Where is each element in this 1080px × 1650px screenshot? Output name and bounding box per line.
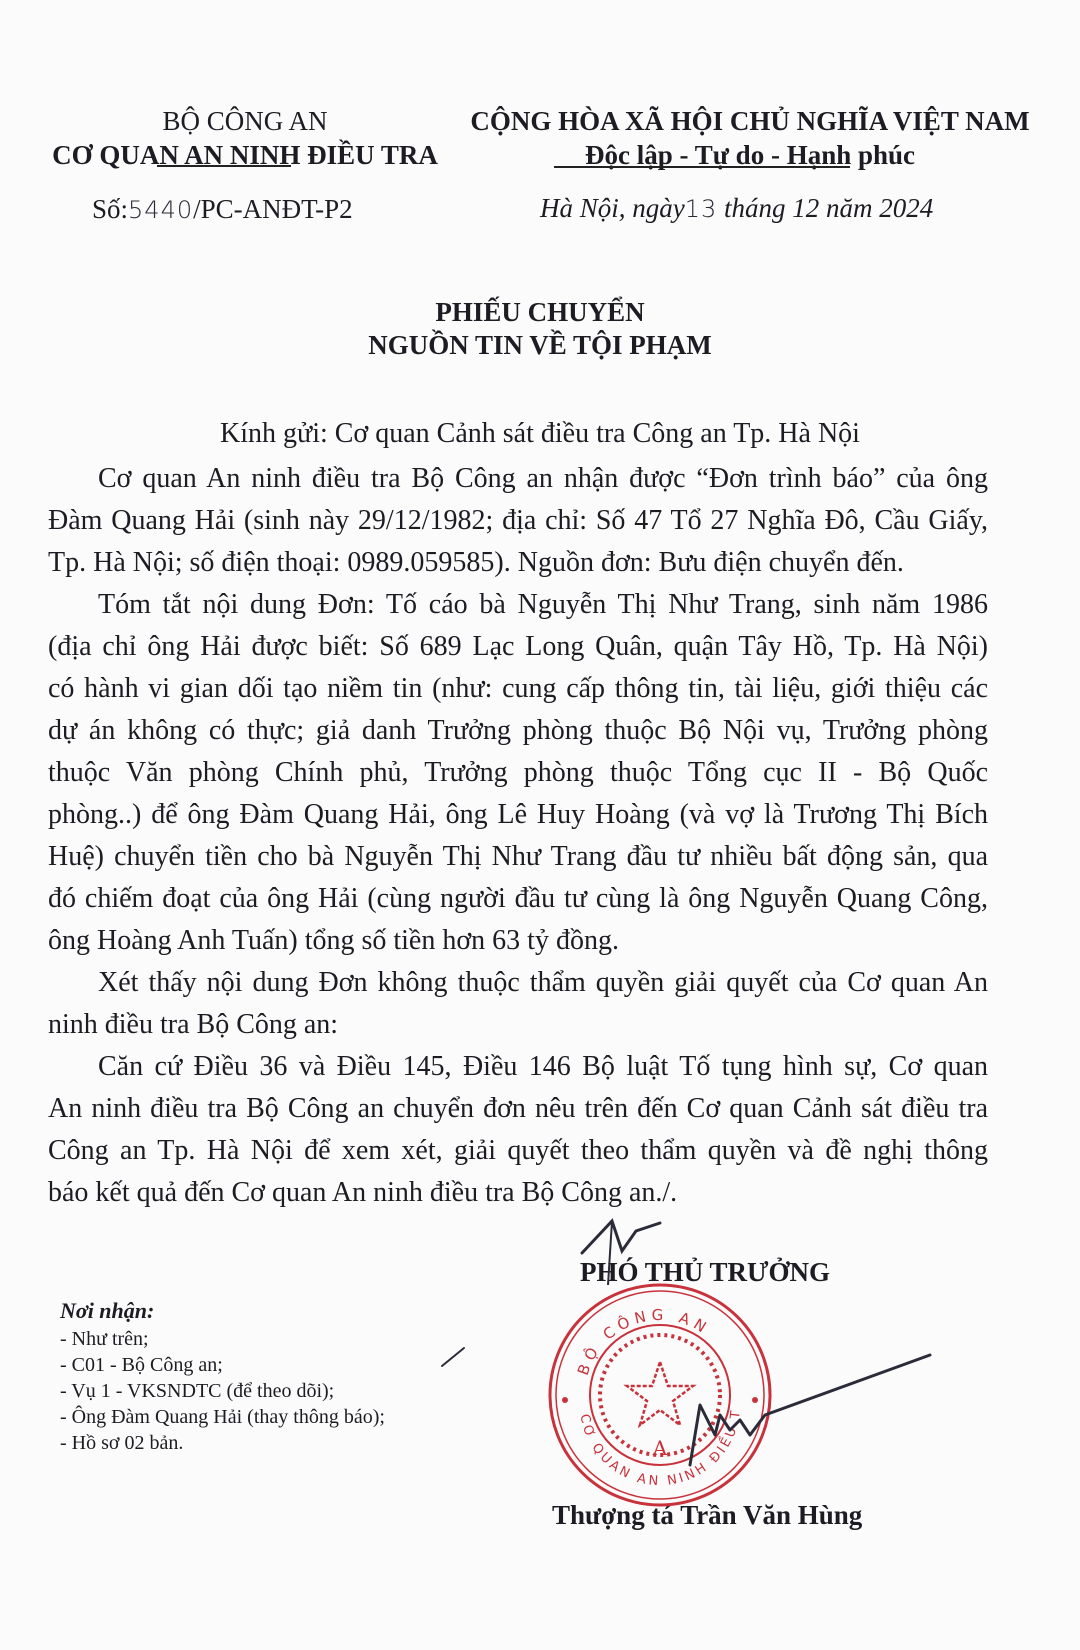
country-name: CỘNG HÒA XÃ HỘI CHỦ NGHĨA VIỆT NAM (455, 104, 1045, 138)
paragraph-transfer: Căn cứ Điều 36 và Điều 145, Điều 146 Bộ … (48, 1046, 988, 1214)
agency-underline (157, 165, 291, 167)
text-line: thuộc Văn phòng Chính phủ, Trưởng phòng … (48, 752, 988, 794)
date-prefix: Hà Nội, ngày (540, 193, 685, 223)
text-line: có hành vi gian dối tạo niềm tin (như: c… (48, 668, 988, 710)
text-line: Huệ) chuyển tiền cho bà Nguyễn Thị Như T… (48, 836, 988, 878)
document-number-handwritten: 5440 (128, 196, 193, 224)
paragraph-receipt: Cơ quan An ninh điều tra Bộ Công an nhận… (48, 458, 988, 584)
text-line: Xét thấy nội dung Đơn không thuộc thẩm q… (48, 962, 988, 1004)
text-line: đó chiếm đoạt của ông Hải (cùng người đầ… (48, 878, 988, 920)
recipients-block: Nơi nhận: - Như trên; - C01 - Bộ Công an… (60, 1296, 385, 1456)
document-date: Hà Nội, ngày13 tháng 12 năm 2024 (540, 193, 933, 224)
date-day-handwritten: 13 (685, 195, 718, 223)
text-line: phòng..) để ông Đàm Quang Hải, ông Lê Hu… (48, 794, 988, 836)
date-suffix: tháng 12 năm 2024 (724, 193, 933, 223)
document-number-suffix: /PC-ANĐT-P2 (193, 194, 353, 224)
text-line: Đàm Quang Hải (sinh này 29/12/1982; địa … (48, 500, 988, 542)
text-line: ninh điều tra Bộ Công an: (48, 1004, 988, 1046)
check-mark-icon (438, 1340, 468, 1370)
text-line: Căn cứ Điều 36 và Điều 145, Điều 146 Bộ … (48, 1046, 988, 1088)
text-line: Công an Tp. Hà Nội để xem xét, giải quyế… (48, 1130, 988, 1172)
document-title-line2: NGUỒN TIN VỀ TỘI PHẠM (0, 329, 1080, 362)
text-line: báo kết quả đến Cơ quan An ninh điều tra… (48, 1172, 988, 1214)
text-line: ông Hoàng Anh Tuấn) tổng số tiền hơn 63 … (48, 920, 988, 962)
text-line: (địa chỉ ông Hải được biết: Số 689 Lạc L… (48, 626, 988, 668)
text-line: dự án không có thực; giả danh Trưởng phò… (48, 710, 988, 752)
document-number-prefix: Số: (92, 194, 128, 224)
document-number: Số:5440/PC-ANĐT-P2 (92, 194, 353, 225)
text-line: An ninh điều tra Bộ Công an chuyển đơn n… (48, 1088, 988, 1130)
issuing-authority: BỘ CÔNG AN CƠ QUAN AN NINH ĐIỀU TRA (20, 104, 470, 172)
paragraph-summary: Tóm tắt nội dung Đơn: Tố cáo bà Nguyễn T… (48, 584, 988, 962)
paragraph-jurisdiction: Xét thấy nội dung Đơn không thuộc thẩm q… (48, 962, 988, 1046)
addressee: Kính gửi: Cơ quan Cảnh sát điều tra Công… (0, 418, 1080, 450)
recipients-title: Nơi nhận: (60, 1296, 385, 1326)
text-line: Tóm tắt nội dung Đơn: Tố cáo bà Nguyễn T… (48, 584, 988, 626)
text-line: Cơ quan An ninh điều tra Bộ Công an nhận… (48, 458, 988, 500)
recipient-item: - Như trên; (60, 1326, 385, 1352)
recipient-item: - C01 - Bộ Công an; (60, 1352, 385, 1378)
ministry-name: BỘ CÔNG AN (20, 104, 470, 138)
document-title-line1: PHIẾU CHUYỂN (0, 296, 1080, 329)
recipient-item: - Vụ 1 - VKSNDTC (để theo dõi); (60, 1378, 385, 1404)
svg-text:A: A (652, 1436, 668, 1460)
official-seal-icon: BỘ CÔNG AN CƠ QUAN AN NINH ĐIỀU TRA A (545, 1280, 775, 1510)
national-header: CỘNG HÒA XÃ HỘI CHỦ NGHĨA VIỆT NAM Độc l… (455, 104, 1045, 172)
signatory-position: PHÓ THỦ TRƯỞNG (580, 1257, 830, 1288)
motto-underline (554, 166, 850, 168)
text-line: Tp. Hà Nội; số điện thoại: 0989.059585).… (48, 542, 988, 584)
recipient-item: - Hồ sơ 02 bản. (60, 1430, 385, 1456)
recipient-item: - Ông Đàm Quang Hải (thay thông báo); (60, 1404, 385, 1430)
